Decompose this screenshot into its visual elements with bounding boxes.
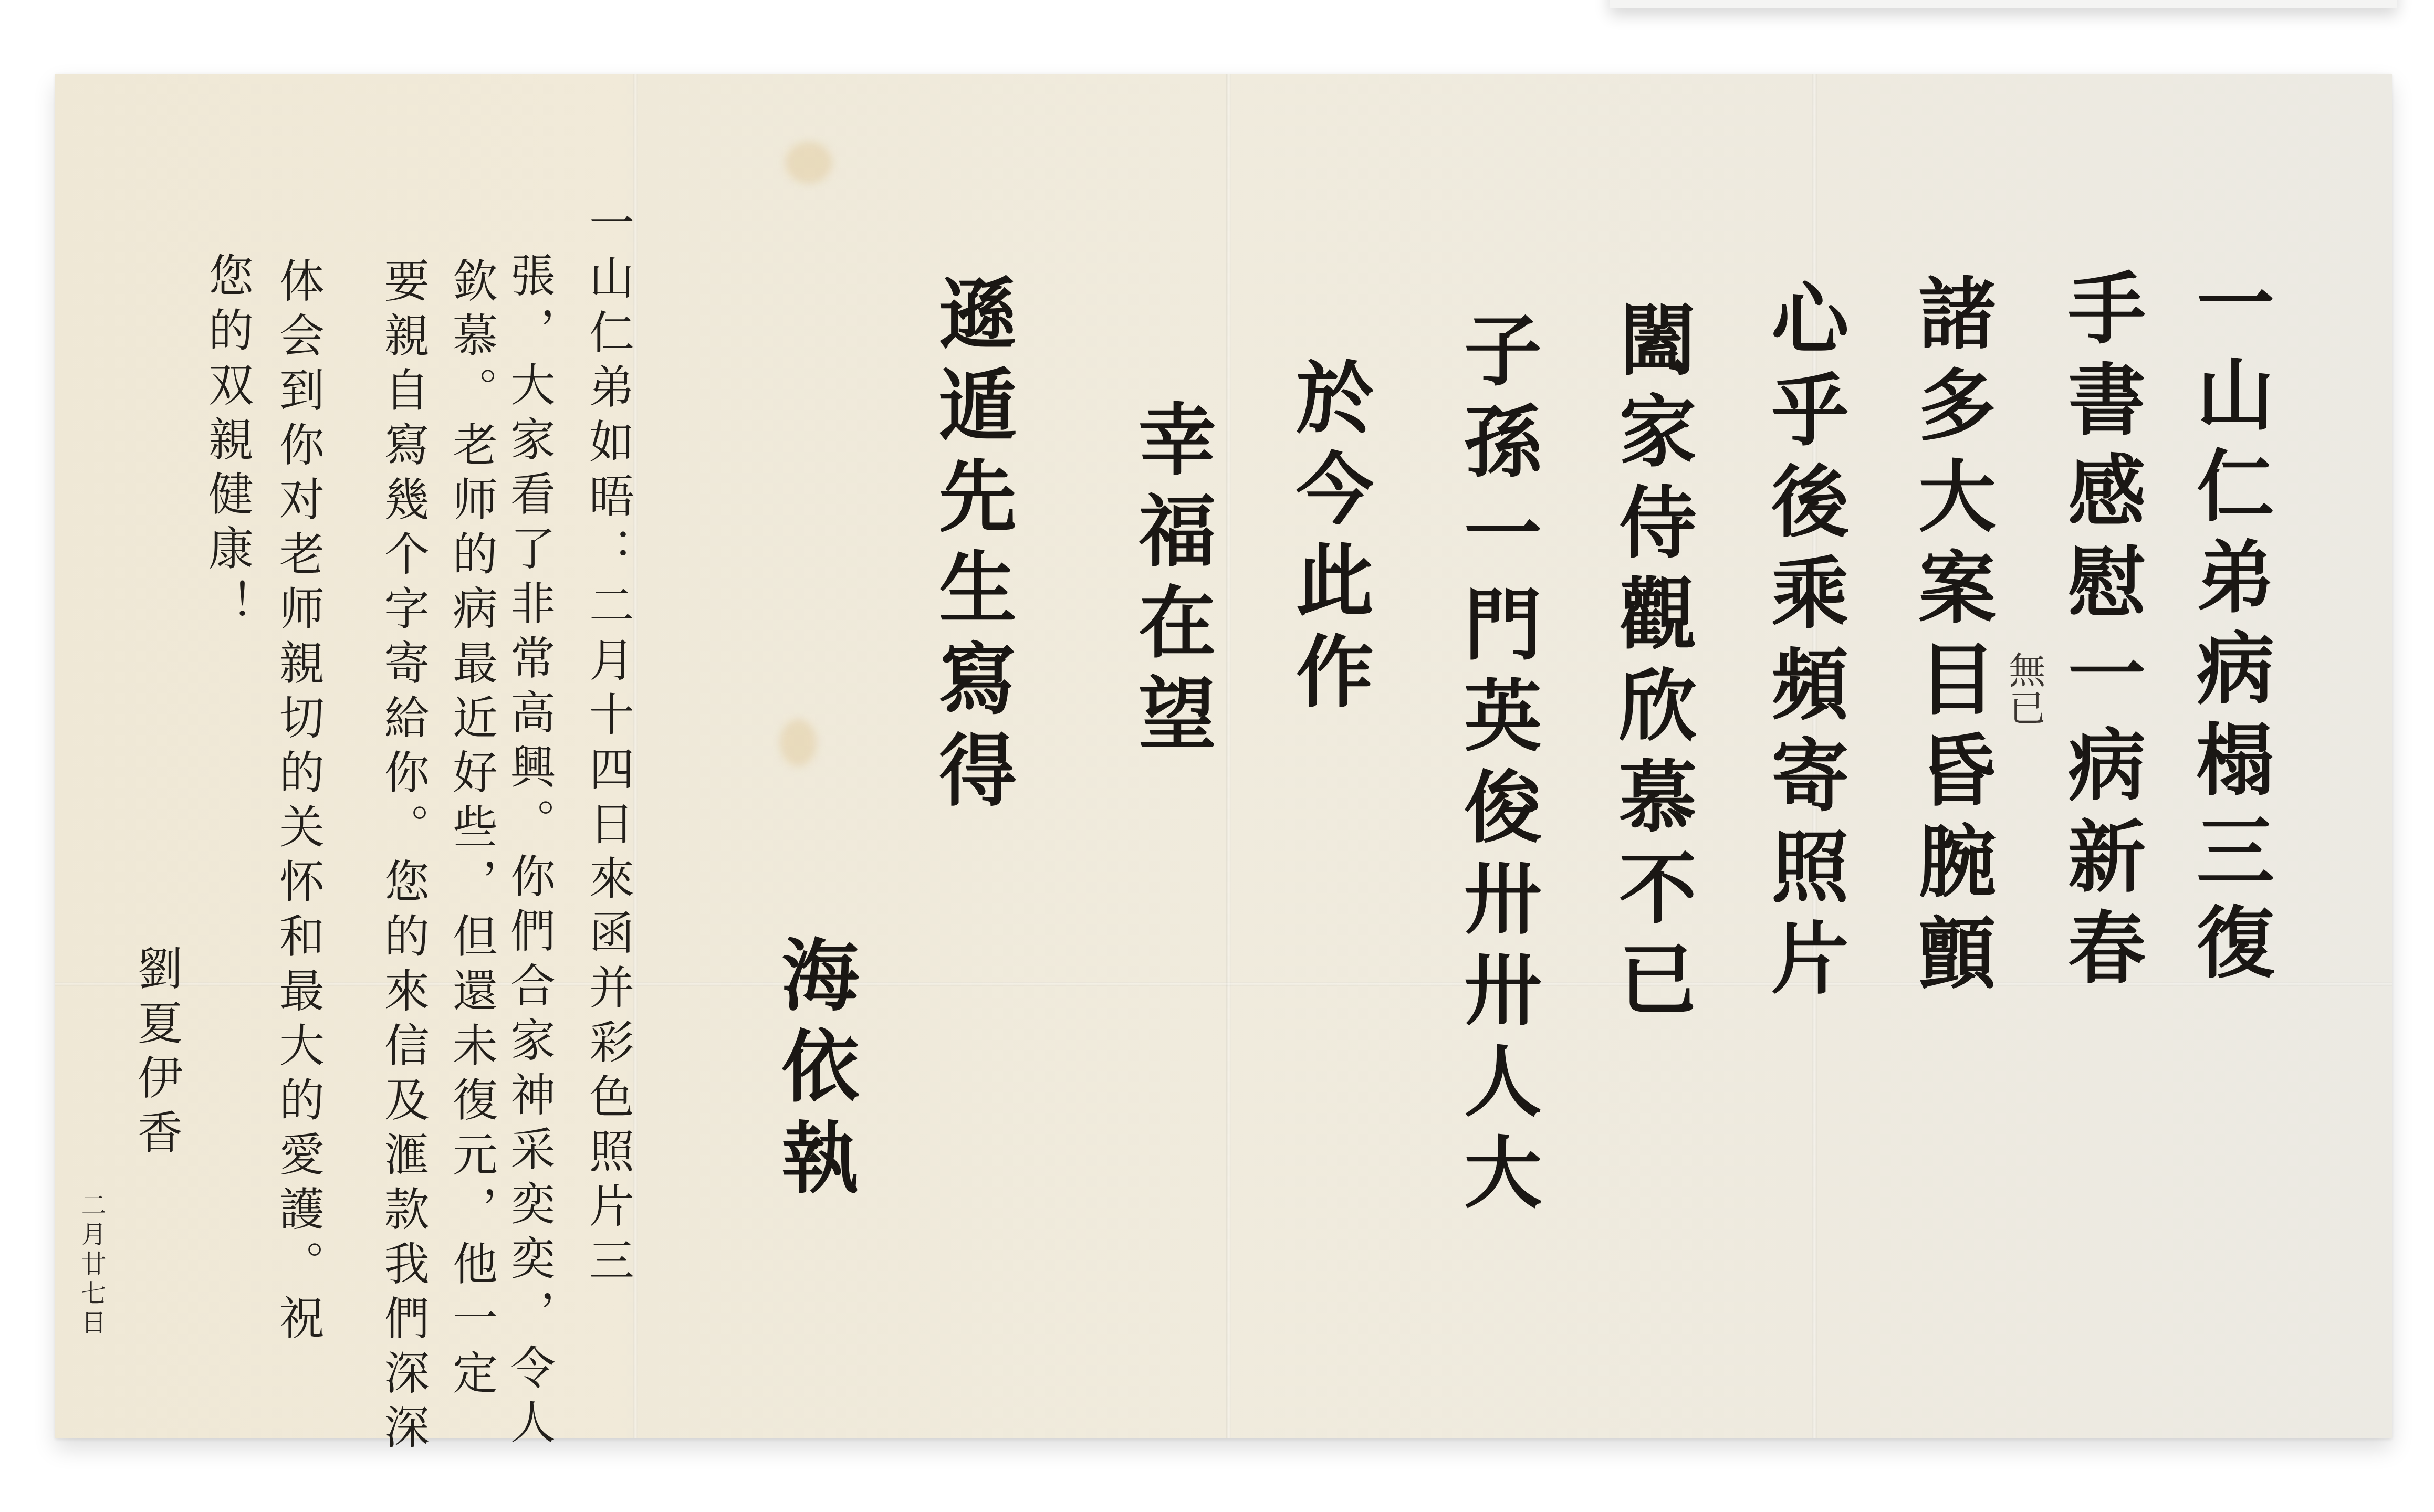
calligraphy-column-6: 子孫一門英俊卅卅人大 [1441, 310, 1553, 1223]
letter-column-6: 您的双親健康！ [194, 252, 259, 634]
calligraphy-column-2: 手書感慰一病新春 [2045, 268, 2157, 999]
calligraphy-column-1: 一山仁弟病榻三復 [2174, 262, 2285, 993]
paper-stain [785, 142, 832, 184]
calligraphy-column-7: 於今此作 [1273, 357, 1385, 722]
calligraphy-column-9: 遜遁先生寫得 [916, 273, 1028, 821]
paper-stain [780, 719, 817, 766]
calligraphy-column-8: 幸福在望 [1116, 399, 1227, 764]
letter-signature: 劉夏伊香 [123, 945, 189, 1163]
letter-column-4: 要親自寫幾个字寄給你。您的來信及滙款我們深深 [370, 257, 435, 1458]
letter-column-2: 張，大家看了非常高興。你們合家神采奕奕，令人 [496, 252, 561, 1453]
letter-paper: 一山仁弟病榻三復 手書感慰一病新春 無已 諸多大案目昏腕顫 心乎後乘頻寄照片 闔… [55, 73, 2392, 1438]
calligraphy-column-5: 闔家侍觀欣慕不已 [1596, 299, 1708, 1030]
calligraphy-column-4: 心乎後乘頻寄照片 [1749, 278, 1860, 1009]
calligraphy-column-3: 諸多大案目昏腕顫 [1896, 273, 2007, 1004]
background-sheet [1610, 0, 2397, 8]
calligraphy-signature: 海依執 [759, 934, 870, 1209]
letter-date: 二月廿七日 [74, 1192, 110, 1339]
letter-column-3: 欽慕。老师的病最近好些，但還未復元，他一定 [438, 257, 504, 1404]
letter-column-1: 一山仁弟如晤：二月十四日來函并彩色照片三 [575, 199, 640, 1291]
letter-column-5: 体会到你对老师親切的关怀和最大的愛護。祝 [265, 257, 330, 1349]
